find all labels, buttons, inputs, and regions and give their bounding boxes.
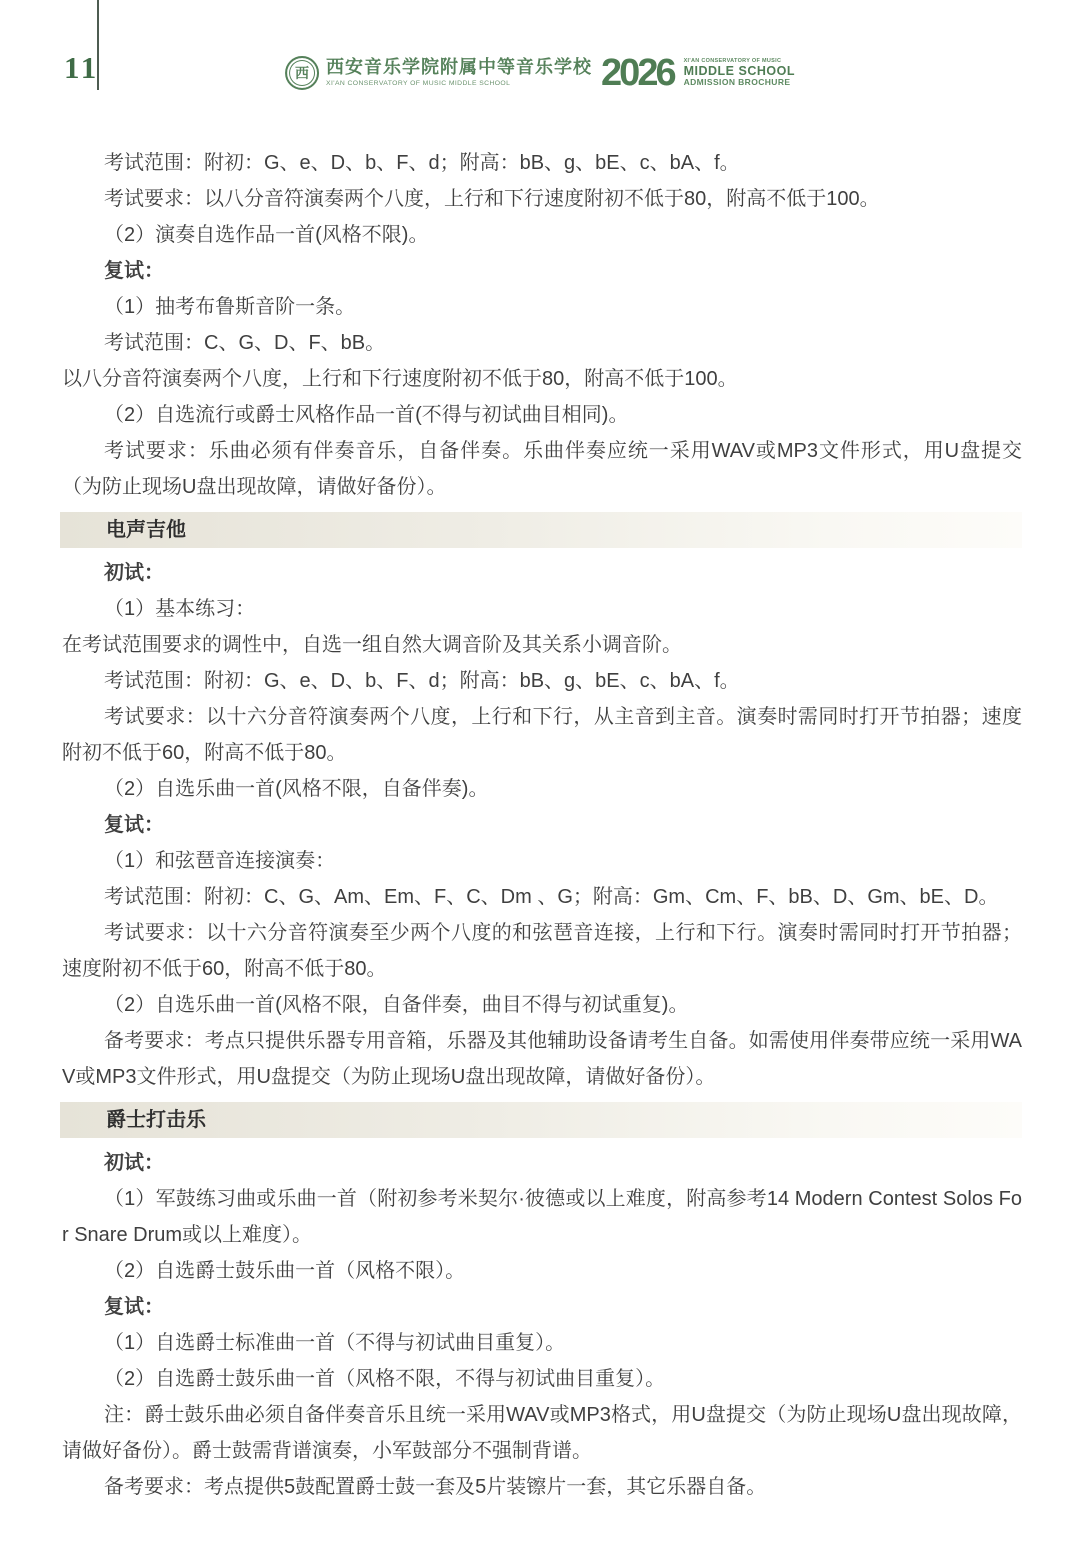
paragraph-item: （2）自选乐曲一首(风格不限，自备伴奏，曲目不得与初试重复)。 [62,987,1022,1023]
paragraph-item: （2）演奏自选作品一首(风格不限)。 [62,217,1022,253]
paragraph-exam-scope: 考试范围：附初：G、e、D、b、F、d；附高：bB、g、bE、c、bA、f。 [62,145,1022,181]
school-name-block: 西安音乐学院附属中等音乐学校 XI'AN CONSERVATORY OF MUS… [326,58,592,87]
paragraph-item: （2）自选乐曲一首(风格不限，自备伴奏)。 [62,771,1022,807]
section-header-electric-guitar: 电声吉他 [60,512,1022,548]
page-header: 11 西 西安音乐学院附属中等音乐学校 XI'AN CONSERVATORY O… [0,0,1080,130]
paragraph-item: （1）和弦琶音连接演奏： [62,843,1022,879]
school-name-english: XI'AN CONSERVATORY OF MUSIC MIDDLE SCHOO… [326,80,592,87]
paragraph-note: 在考试范围要求的调性中，自选一组自然大调音阶及其关系小调音阶。 [62,627,1022,663]
paragraph-note: 以八分音符演奏两个八度，上行和下行速度附初不低于80，附高不低于100。 [62,361,1022,397]
paragraph-exam-requirement: 考试要求：以八分音符演奏两个八度，上行和下行速度附初不低于80，附高不低于100… [62,181,1022,217]
school-emblem-icon: 西 [285,56,319,90]
exam-requirements-body: 考试范围：附初：G、e、D、b、F、d；附高：bB、g、bE、c、bA、f。 考… [0,145,1080,1505]
subsection-label-first-test: 初试： [62,555,1022,591]
paragraph-exam-scope: 考试范围：C、G、D、F、bB。 [62,325,1022,361]
brochure-page: { "page": { "number": "11" }, "header": … [0,0,1080,1552]
paragraph-prep-requirement: 备考要求：考点只提供乐器专用音箱，乐器及其他辅助设备请考生自备。如需使用伴奏带应… [62,1023,1022,1095]
paragraph-item: （2）自选爵士鼓乐曲一首（风格不限）。 [62,1253,1022,1289]
paragraph-exam-requirement: 考试要求：以十六分音符演奏两个八度，上行和下行，从主音到主音。演奏时需同时打开节… [62,699,1022,771]
paragraph-item: （1）基本练习： [62,591,1022,627]
subsection-label-retest: 复试： [62,807,1022,843]
paragraph-exam-scope: 考试范围：附初：G、e、D、b、F、d；附高：bB、g、bE、c、bA、f。 [62,663,1022,699]
page-number: 11 [64,50,99,86]
paragraph-prep-requirement: 备考要求：考点提供5鼓配置爵士鼓一套及5片装镲片一套，其它乐器自备。 [62,1469,1022,1505]
paragraph-item: （1）抽考布鲁斯音阶一条。 [62,289,1022,325]
paragraph-item: （2）自选流行或爵士风格作品一首(不得与初试曲目相同)。 [62,397,1022,433]
paragraph-item: （2）自选爵士鼓乐曲一首（风格不限，不得与初试曲目重复）。 [62,1361,1022,1397]
brochure-year: 2026 [601,56,674,90]
brochure-title-block: XI'AN CONSERVATORY OF MUSIC MIDDLE SCHOO… [684,59,795,87]
brochure-title-line3: ADMISSION BROCHURE [684,78,795,87]
section-header-jazz-percussion: 爵士打击乐 [60,1102,1022,1138]
school-name-chinese: 西安音乐学院附属中等音乐学校 [326,58,592,78]
paragraph-exam-requirement: 考试要求：乐曲必须有伴奏音乐，自备伴奏。乐曲伴奏应统一采用WAV或MP3文件形式… [62,433,1022,505]
paragraph-exam-requirement: 考试要求：以十六分音符演奏至少两个八度的和弦琶音连接，上行和下行。演奏时需同时打… [62,915,1022,987]
subsection-label-retest: 复试： [62,253,1022,289]
paragraph-item: （1）自选爵士标准曲一首（不得与初试曲目重复）。 [62,1325,1022,1361]
paragraph-exam-scope: 考试范围：附初：C、G、Am、Em、F、C、Dm 、G；附高：Gm、Cm、F、b… [62,879,1022,915]
school-logo: 西 西安音乐学院附属中等音乐学校 XI'AN CONSERVATORY OF M… [285,56,795,90]
subsection-label-retest: 复试： [62,1289,1022,1325]
subsection-label-first-test: 初试： [62,1145,1022,1181]
paragraph-note: 注：爵士鼓乐曲必须自备伴奏音乐且统一采用WAV或MP3格式，用U盘提交（为防止现… [62,1397,1022,1469]
paragraph-item: （1）军鼓练习曲或乐曲一首（附初参考米契尔·彼德或以上难度，附高参考14 Mod… [62,1181,1022,1253]
